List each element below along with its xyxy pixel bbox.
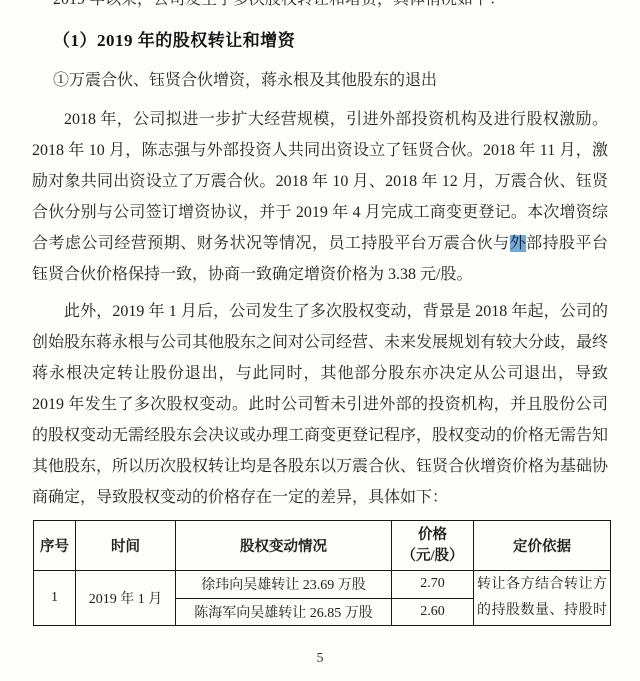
paragraph-capital-increase: 2018 年，公司拟进一步扩大经营规模，引进外部投资机构及进行股权激励。2018… (32, 104, 608, 290)
table-row: 1 2019 年 1 月 徐玮向吴雄转让 23.69 万股 2.70 转让各方结… (34, 571, 611, 599)
col-header-basis: 定价依据 (474, 521, 611, 571)
cell-price-2: 2.60 (392, 598, 474, 626)
col-header-change: 股权变动情况 (176, 521, 392, 571)
col-header-price-line1: 价格 (395, 525, 470, 546)
col-header-price-line2: （元/股） (395, 546, 470, 567)
section-heading: （1）2019 年的股权转让和增资 (53, 26, 295, 51)
document-page: 2019 年以来，公司发生了多次股权转让和增资，具体情况如下： （1）2019 … (0, 0, 640, 681)
col-header-no: 序号 (34, 521, 76, 571)
page-number: 5 (0, 651, 640, 667)
paragraph-equity-changes: 此外，2019 年 1 月后，公司发生了多次股权变动，背景是 2018 年起，公… (32, 296, 608, 513)
cell-time: 2019 年 1 月 (76, 571, 176, 626)
clipped-top-line: 2019 年以来，公司发生了多次股权转让和增资，具体情况如下： (53, 0, 622, 9)
table-header-row: 序号 时间 股权变动情况 价格 （元/股） 定价依据 (34, 521, 611, 571)
cell-price-1: 2.70 (392, 571, 474, 599)
equity-change-table: 序号 时间 股权变动情况 价格 （元/股） 定价依据 1 2019 年 1 月 … (33, 520, 611, 626)
col-header-time: 时间 (76, 521, 176, 571)
col-header-price: 价格 （元/股） (392, 521, 474, 571)
cell-change-2: 陈海军向吴雄转让 26.85 万股 (176, 598, 392, 626)
pricing-basis-line2: 的持股数量、持股时 (477, 598, 607, 624)
cell-serial-no: 1 (34, 571, 76, 626)
pricing-basis-line1: 转让各方结合转让方 (477, 572, 607, 598)
sub-section-heading: ①万震合伙、钰贤合伙增资，蒋永根及其他股东的退出 (53, 67, 437, 90)
selected-text-highlight[interactable]: 外 (510, 235, 526, 252)
paragraph-text-before-highlight: 2018 年，公司拟进一步扩大经营规模，引进外部投资机构及进行股权激励。2018… (32, 111, 608, 252)
cell-change-1: 徐玮向吴雄转让 23.69 万股 (176, 571, 392, 599)
cell-pricing-basis: 转让各方结合转让方 的持股数量、持股时 (474, 571, 611, 626)
